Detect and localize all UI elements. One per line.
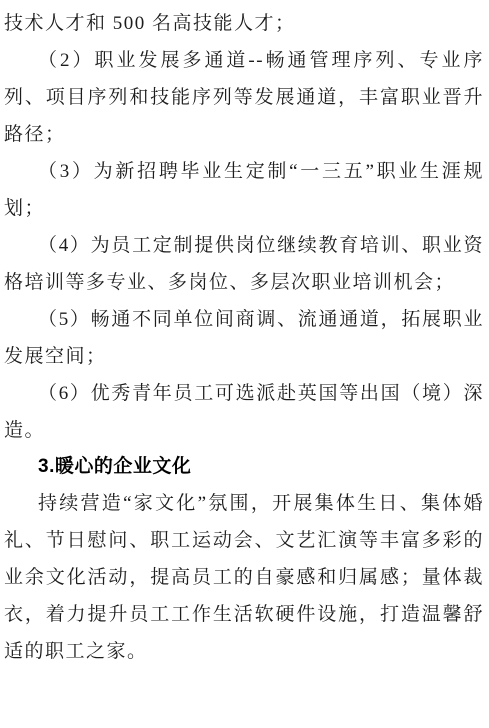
list-item-3: （3）为新招聘毕业生定制“一三五”职业生涯规划； bbox=[4, 153, 484, 227]
list-item-2: （2）职业发展多通道--畅通管理序列、专业序列、项目序列和技能序列等发展通道，丰… bbox=[4, 42, 484, 153]
paragraph-culture: 持续营造“家文化”氛围，开展集体生日、集体婚礼、节日慰问、职工运动会、文艺汇演等… bbox=[4, 485, 484, 670]
section-heading: 3.暖心的企业文化 bbox=[4, 449, 484, 485]
list-item-6: （6）优秀青年员工可选派赴英国等出国（境）深造。 bbox=[4, 375, 484, 449]
list-item-5: （5）畅通不同单位间商调、流通通道，拓展职业发展空间； bbox=[4, 301, 484, 375]
list-item-4: （4）为员工定制提供岗位继续教育培训、职业资格培训等多专业、多岗位、多层次职业培… bbox=[4, 227, 484, 301]
paragraph-continuation: 技术人才和 500 名高技能人才； bbox=[4, 5, 484, 42]
document-page: 技术人才和 500 名高技能人才； （2）职业发展多通道--畅通管理序列、专业序… bbox=[0, 0, 489, 728]
